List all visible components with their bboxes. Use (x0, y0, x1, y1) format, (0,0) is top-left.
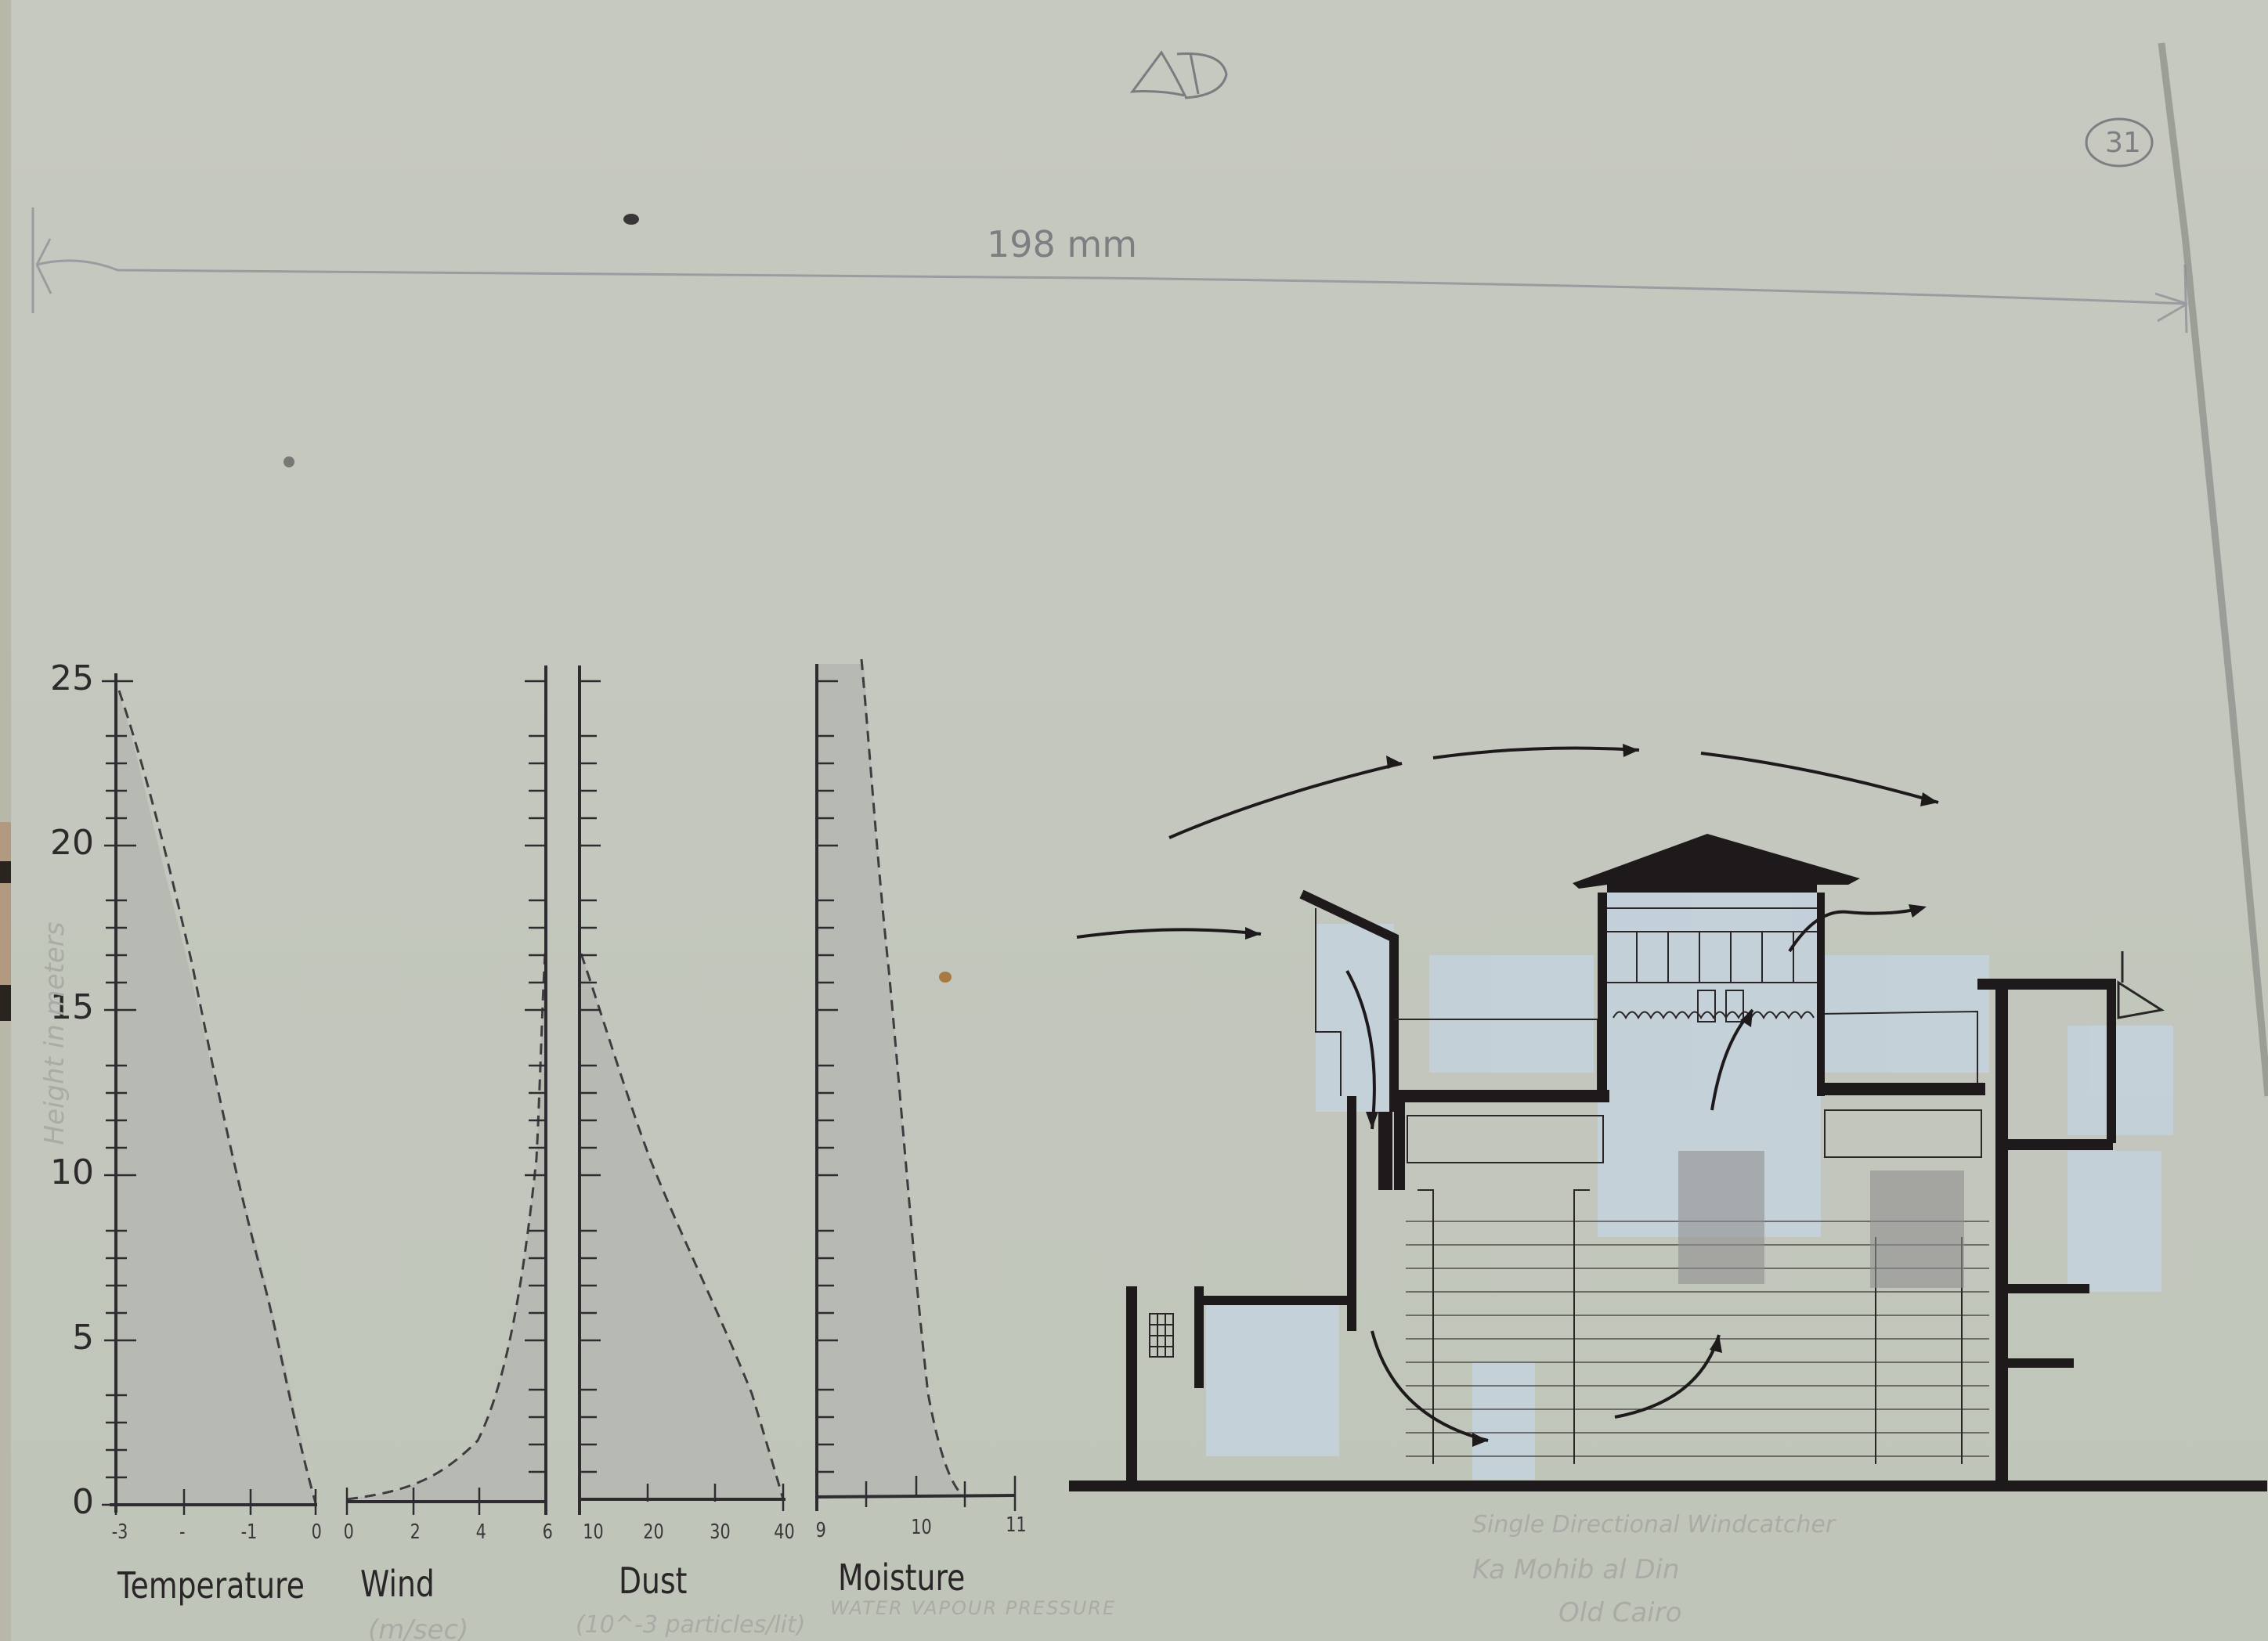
moisture-unit-note: WATER VAPOUR PRESSURE (830, 1597, 1116, 1619)
wind-title: Wind (360, 1563, 435, 1605)
moisture-x-tick: 9 (816, 1519, 826, 1542)
wind-area (347, 940, 546, 1502)
y-tick-20: 20 (39, 823, 94, 863)
moisture-area (817, 664, 965, 1497)
dust-x-tick: 20 (643, 1520, 663, 1544)
moisture-title: Moisture (838, 1556, 965, 1599)
dust-x-tick: 10 (583, 1520, 603, 1544)
temp-x-tick: -3 (112, 1520, 128, 1544)
dust-x-tick: 30 (710, 1520, 730, 1544)
wind-x-tick: 0 (344, 1520, 354, 1544)
stain-spot (939, 972, 952, 983)
dimension-label: 198 mm (987, 223, 1137, 265)
moisture-x-tick: 11 (1006, 1513, 1026, 1537)
window-grille (1150, 1314, 1173, 1357)
wind-x-tick: 2 (410, 1520, 421, 1544)
temp-x-tick: -1 (241, 1520, 258, 1544)
mashrabiya (1678, 1151, 1964, 1288)
wind-x-tick: 4 (476, 1520, 486, 1544)
y-tick-25: 25 (39, 658, 94, 698)
temperature-chart (102, 673, 317, 1515)
temperature-title: Temperature (117, 1564, 305, 1607)
dust-unit-note: (10^-3 particles/lit) (576, 1611, 805, 1639)
wind-x-tick: 6 (543, 1520, 553, 1544)
ink-spot (623, 214, 639, 225)
dust-area (581, 954, 783, 1499)
windcatcher-section (1069, 744, 2267, 1491)
dust-x-tick: 40 (774, 1520, 794, 1544)
monogram-icon (1132, 52, 1226, 98)
caption-line-2: Ka Mohib al Din (1472, 1554, 1680, 1585)
temp-x-tick: - (179, 1520, 186, 1544)
dust-chart (580, 665, 785, 1515)
moisture-chart (817, 659, 1015, 1511)
ground-slab (1069, 1481, 2267, 1491)
caption-line-3: Old Cairo (1558, 1597, 1681, 1628)
temp-x-tick: 0 (312, 1520, 322, 1544)
dust-title: Dust (619, 1560, 687, 1602)
page-number: 31 (2105, 127, 2141, 159)
y-tick-5: 5 (39, 1318, 94, 1358)
y-axis-label: Height in meters (39, 916, 70, 1151)
moisture-x-tick: 10 (911, 1516, 931, 1539)
ink-spot (283, 456, 294, 467)
paper-fold-shadow (2161, 43, 2268, 1096)
wind-chart (347, 665, 546, 1515)
y-tick-0: 0 (39, 1482, 94, 1522)
caption-line-1: Single Directional Windcatcher (1472, 1511, 1835, 1538)
y-tick-10: 10 (39, 1152, 94, 1192)
wind-unit-note: (m/sec) (368, 1614, 468, 1641)
